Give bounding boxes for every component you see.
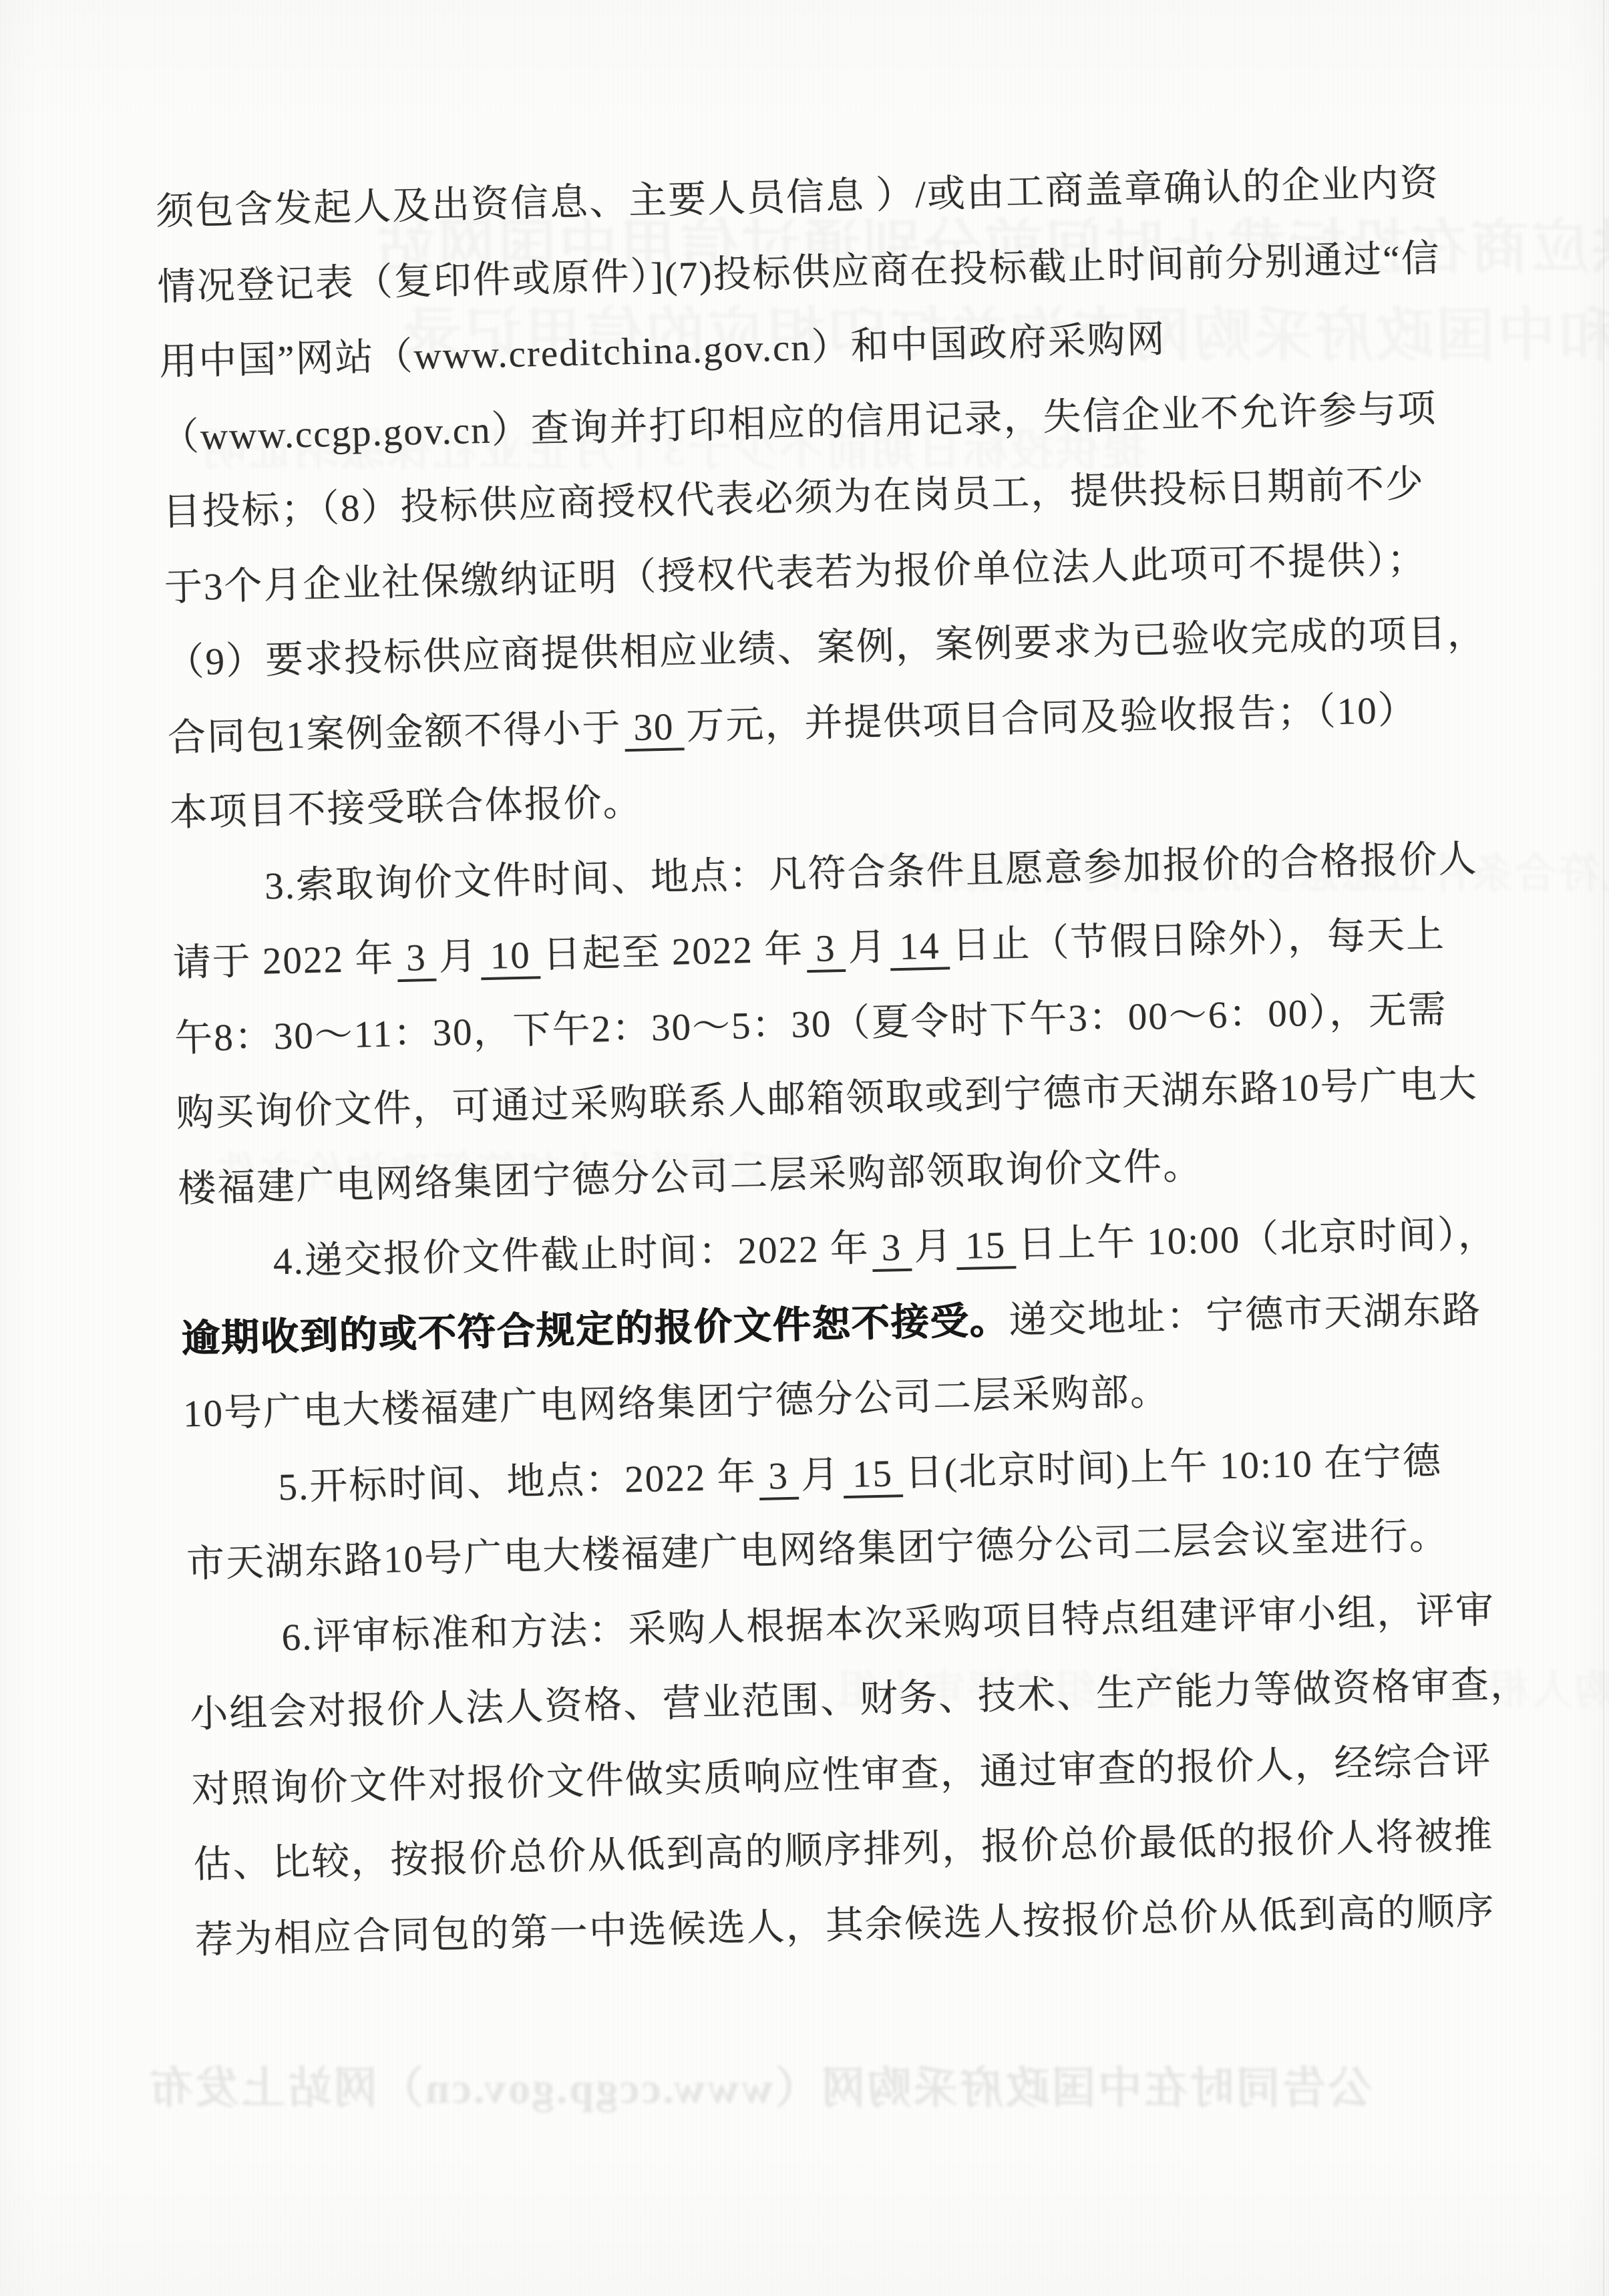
text-segment: 对照询价文件对报价文件做实质响应性审查，通过审查的报价人，经综合评 xyxy=(191,1740,1492,1811)
text-segment: 请于 2022 年 xyxy=(172,937,395,985)
text-segment: 情况登记表（复印件或原件）](7)投标供应商在投标截止时间前分别通过“信 xyxy=(157,237,1441,309)
text-segment: 市天湖东路10号广电大楼福建广电网络集团宁德分公司二层会议室进行。 xyxy=(186,1515,1449,1586)
text-segment: 须包含发起人及出资信息、主要人员信息 ）/或由工商盖章确认的企业内资 xyxy=(156,162,1440,233)
text-segment: 目投标；（8）投标供应商授权代表必须为在岗员工，提供投标日期前不少 xyxy=(162,463,1425,534)
text-segment: 合同包1案例金额不得小于 xyxy=(167,707,622,759)
text-segment: 荐为相应合同包的第一中选候选人，其余候选人按报价总价从低到高的顺序 xyxy=(194,1890,1495,1961)
underlined-value: 3 xyxy=(759,1454,799,1500)
underlined-value: 3 xyxy=(806,927,846,973)
text-segment: 楼福建广电网络集团宁德分公司二层采购部领取询价文件。 xyxy=(178,1144,1203,1210)
underlined-value: 15 xyxy=(842,1452,902,1498)
text-segment: 日(北京时间)上午 10:10 在宁德 xyxy=(904,1440,1443,1494)
text-segment: 本项目不接受联合体报价。 xyxy=(169,782,643,834)
underlined-value: 14 xyxy=(890,925,950,971)
underlined-value: 10 xyxy=(480,934,540,980)
text-segment: 日上午 10:00（北京时间）， xyxy=(1017,1213,1497,1266)
text-segment: 日止（节假日除外），每天上 xyxy=(952,913,1446,967)
text-segment: 4.递交报价文件截止时间：2022 年 xyxy=(273,1227,870,1283)
text-segment: 日起至 2022 年 xyxy=(542,928,804,976)
text-segment: 购买询价文件，可通过采购联系人邮箱领取或到宁德市天湖东路10号广电大 xyxy=(176,1063,1478,1134)
text-segment: 月 xyxy=(913,1225,953,1268)
text-segment: （www.ccgp.gov.cn）查询并打印相应的信用记录，失信企业不允许参与项 xyxy=(160,387,1437,458)
text-segment: 万元，并提供项目合同及验收报告；（10） xyxy=(686,689,1418,748)
underlined-value: 3 xyxy=(872,1226,912,1272)
text-segment: （9）要求投标供应商提供相应业绩、案例，案例要求为已验收完成的项目， xyxy=(166,612,1487,684)
text-segment: 递交地址：宁德市天湖东路 xyxy=(1009,1289,1482,1341)
document-page: 公告同时在中国政府采购网（www.ccgp.gov.cn）网站上发布投标供应商在… xyxy=(0,0,1609,2296)
text-segment: 5.开标时间、地点：2022 年 xyxy=(278,1456,757,1508)
text-segment: 月 xyxy=(800,1454,840,1496)
text-block: 须包含发起人及出资信息、主要人员信息 ）/或由工商盖章确认的企业内资情况登记表（… xyxy=(155,145,1532,1979)
underlined-value: 30 xyxy=(624,705,684,752)
scan-edge-line xyxy=(1603,0,1604,2296)
text-segment: 6.评审标准和方法：采购人根据本次采购项目特点组建评审小组，评审 xyxy=(281,1589,1495,1659)
bleedthrough-ghost-text: 公告同时在中国政府采购网（www.ccgp.gov.cn）网站上发布 xyxy=(147,2052,1373,2116)
text-segment: 估、比较，按报价总价从低到高的顺序排列，报价总价最低的报价人将被推 xyxy=(193,1814,1494,1886)
underlined-value: 3 xyxy=(396,937,436,982)
text-segment: 于3个月企业社保缴纳证明（授权代表若为报价单位法人此项可不提供）； xyxy=(164,538,1427,609)
text-segment: 3.索取询价文件时间、地点：凡符合条件且愿意参加报价的合格报价人 xyxy=(264,838,1478,907)
bold-text-segment: 逾期收到的或不符合规定的报价文件恕不接受。 xyxy=(181,1299,1009,1360)
text-segment: 10号广电大楼福建广电网络集团宁德分公司二层采购部。 xyxy=(182,1371,1170,1435)
text-segment: 用中国”网站（www.creditchina.gov.cn）和中国政府采购网 xyxy=(159,319,1167,383)
text-segment: 小组会对报价人法人资格、营业范围、财务、技术、生产能力等做资格审查， xyxy=(190,1663,1530,1736)
text-segment: 月 xyxy=(848,926,888,969)
text-segment: 午8：30～11：30，下午2：30～5：30（夏令时下午3：00～6：00），… xyxy=(174,989,1448,1059)
underlined-value: 15 xyxy=(955,1224,1015,1270)
text-segment: 月 xyxy=(438,935,478,978)
